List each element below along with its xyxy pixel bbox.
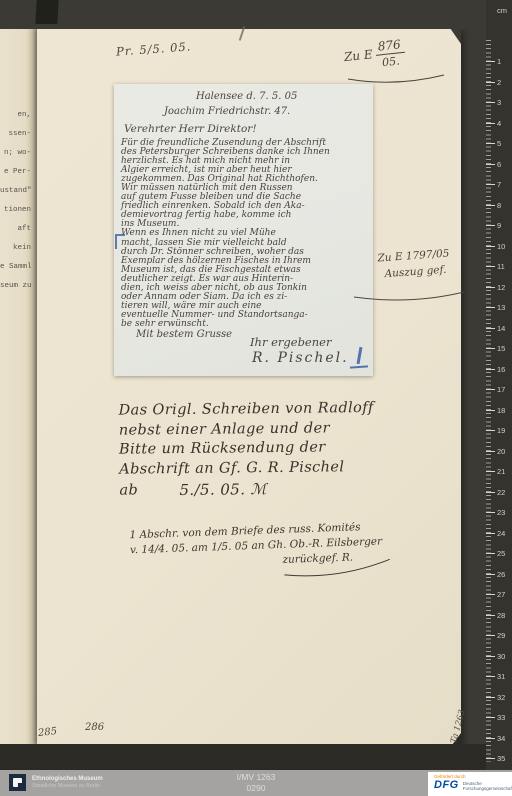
typed-page-edge: en,ssen-n; wo-e Per-ustand"tionenaftkein… [0, 24, 37, 750]
ruler-number: 28 [497, 611, 511, 620]
ruler-major-tick [486, 102, 495, 103]
ruler-number: 25 [497, 549, 511, 558]
dfg-funding-box: Gefördert durch DFG Deutsche Forschungsg… [428, 772, 512, 796]
ruler-major-tick [486, 635, 495, 636]
ruler-major-tick [486, 123, 495, 124]
ruler-number: 20 [497, 447, 511, 456]
digitization-footer: Ethnologisches Museum Staatliche Museen … [0, 770, 512, 796]
ruler-major-tick [486, 328, 495, 329]
text-line: e Per- [0, 163, 33, 182]
dfg-logo: DFG [434, 780, 459, 791]
mat-top-band [0, 0, 512, 29]
pasted-letter: Halensee d. 7. 5. 05 Joachim Friedrichst… [114, 84, 373, 376]
ruler-number: 7 [497, 180, 511, 189]
file-ref-underline-flourish [346, 72, 448, 88]
ruler-major-tick [486, 205, 495, 206]
ruler-major-tick [486, 717, 495, 718]
ruler-number: 16 [497, 365, 511, 374]
file-ref-prefix: Zu E [343, 47, 373, 64]
ruler-number: 19 [497, 426, 511, 435]
ruler-major-tick [486, 143, 495, 144]
ruler-number: 5 [497, 139, 511, 148]
ruler-number: 4 [497, 119, 511, 128]
dfg-name-line2: Forschungsgemeinschaft [463, 786, 512, 791]
ruler-major-tick [486, 656, 495, 657]
ruler-number: 27 [497, 590, 511, 599]
text-line: kein [0, 239, 33, 258]
ruler-number: 32 [497, 693, 511, 702]
ruler-number: 31 [497, 672, 511, 681]
ruler-number: 15 [497, 344, 511, 353]
ruler-minor-ticks [486, 40, 491, 762]
letter-address: Joachim Friedrichstr. 47. [164, 106, 290, 117]
dfg-name: Deutsche Forschungsgemeinschaft [463, 781, 512, 791]
ruler-major-tick [486, 287, 495, 288]
archival-scan: en,ssen-n; wo-e Per-ustand"tionenaftkein… [0, 0, 512, 796]
text-line: en, [0, 106, 33, 125]
dfg-logo-row: DFG Deutsche Forschungsgemeinschaft [434, 780, 508, 791]
text-line: 5./5. 05. ℳ [179, 478, 429, 500]
registry-note: Das Origl. Schreiben von Radloffnebst ei… [118, 398, 429, 500]
text-line: seum zu [0, 277, 33, 296]
ruler-major-tick [486, 758, 495, 759]
page-corner-top-right [450, 28, 461, 44]
ruler-number: 9 [497, 221, 511, 230]
ruler-number: 35 [497, 754, 511, 763]
ruler-number: 12 [497, 283, 511, 292]
ruler-major-tick [486, 676, 495, 677]
ruler-major-tick [486, 533, 495, 534]
ruler-number: 8 [497, 201, 511, 210]
ruler-number: 3 [497, 98, 511, 107]
ruler-number: 17 [497, 385, 511, 394]
ruler-number: 11 [497, 262, 511, 271]
ruler-major-tick [486, 512, 495, 513]
file-reference-number: Zu E87605. [343, 37, 406, 73]
ruler-number: 24 [497, 529, 511, 538]
ruler-unit-label: cm [497, 6, 507, 15]
ruler-major-tick [486, 369, 495, 370]
ruler-major-tick [486, 266, 495, 267]
margin-note-flourish [352, 288, 468, 306]
ruler-major-tick [486, 225, 495, 226]
text-line: aft [0, 220, 33, 239]
ruler-major-tick [486, 492, 495, 493]
ruler-major-tick [486, 738, 495, 739]
file-ref-denominator: 05. [376, 53, 406, 70]
text-line: ustand" [0, 182, 33, 201]
cm-ruler: cm 1234567891011121314151617181920212223… [486, 0, 512, 770]
ruler-number: 21 [497, 467, 511, 476]
ruler-major-tick [486, 348, 495, 349]
file-ref-fraction: 87605. [374, 37, 406, 70]
text-line: tionen [0, 201, 33, 220]
ruler-number: 14 [497, 324, 511, 333]
text-line: ssen- [0, 125, 33, 144]
ruler-number: 22 [497, 488, 511, 497]
mat-bottom-band [0, 744, 512, 770]
ruler-major-tick [486, 471, 495, 472]
ruler-number: 2 [497, 78, 511, 87]
text-line: be sehr erwünscht. [121, 320, 369, 329]
ruler-major-tick [486, 451, 495, 452]
binding-clip [35, 0, 58, 24]
ruler-number: 23 [497, 508, 511, 517]
ruler-number: 18 [497, 406, 511, 415]
ruler-number: 13 [497, 303, 511, 312]
ruler-major-tick [486, 389, 495, 390]
margin-file-note: Zu E 1797/05 Auszug gef. [377, 248, 451, 281]
blue-pencil-bracket [115, 234, 125, 249]
ruler-major-tick [486, 82, 495, 83]
ruler-major-tick [486, 553, 495, 554]
blue-pencil-underline [350, 365, 368, 368]
page-number-left: 285 [37, 726, 57, 739]
letter-place-date: Halensee d. 7. 5. 05 [196, 91, 297, 102]
ruler-number: 29 [497, 631, 511, 640]
ruler-number: 34 [497, 734, 511, 743]
ruler-major-tick [486, 430, 495, 431]
blue-pencil-mark [357, 347, 363, 364]
letter-body: Für die freundliche Zusendung der Abschr… [121, 139, 369, 329]
letter-signature: R. Pischel. [252, 350, 349, 366]
ruler-number: 1 [497, 57, 511, 66]
letter-signoff: Ihr ergebener [250, 335, 331, 349]
ruler-number: 6 [497, 160, 511, 169]
text-line: n; wo- [0, 144, 33, 163]
page-number-right: 286 [85, 722, 104, 733]
ruler-number: 30 [497, 652, 511, 661]
ruler-major-tick [486, 615, 495, 616]
ruler-major-tick [486, 697, 495, 698]
text-line: e Samml [0, 258, 33, 277]
ruler-number: 33 [497, 713, 511, 722]
typed-text-fragments: en,ssen-n; wo-e Per-ustand"tionenaftkein… [0, 106, 33, 296]
letter-salutation: Verehrter Herr Direktor! [124, 123, 257, 135]
ruler-major-tick [486, 574, 495, 575]
ruler-number: 10 [497, 242, 511, 251]
ruler-major-tick [486, 307, 495, 308]
ruler-major-tick [486, 184, 495, 185]
ruler-major-tick [486, 410, 495, 411]
ruler-major-tick [486, 594, 495, 595]
letter-closing: Mit bestem Grusse [136, 329, 232, 340]
text-line: Abschrift an Gf. G. R. Pischel [119, 457, 429, 480]
ruler-number: 26 [497, 570, 511, 579]
ruler-major-tick [486, 164, 495, 165]
ruler-major-tick [486, 246, 495, 247]
ruler-major-tick [486, 61, 495, 62]
